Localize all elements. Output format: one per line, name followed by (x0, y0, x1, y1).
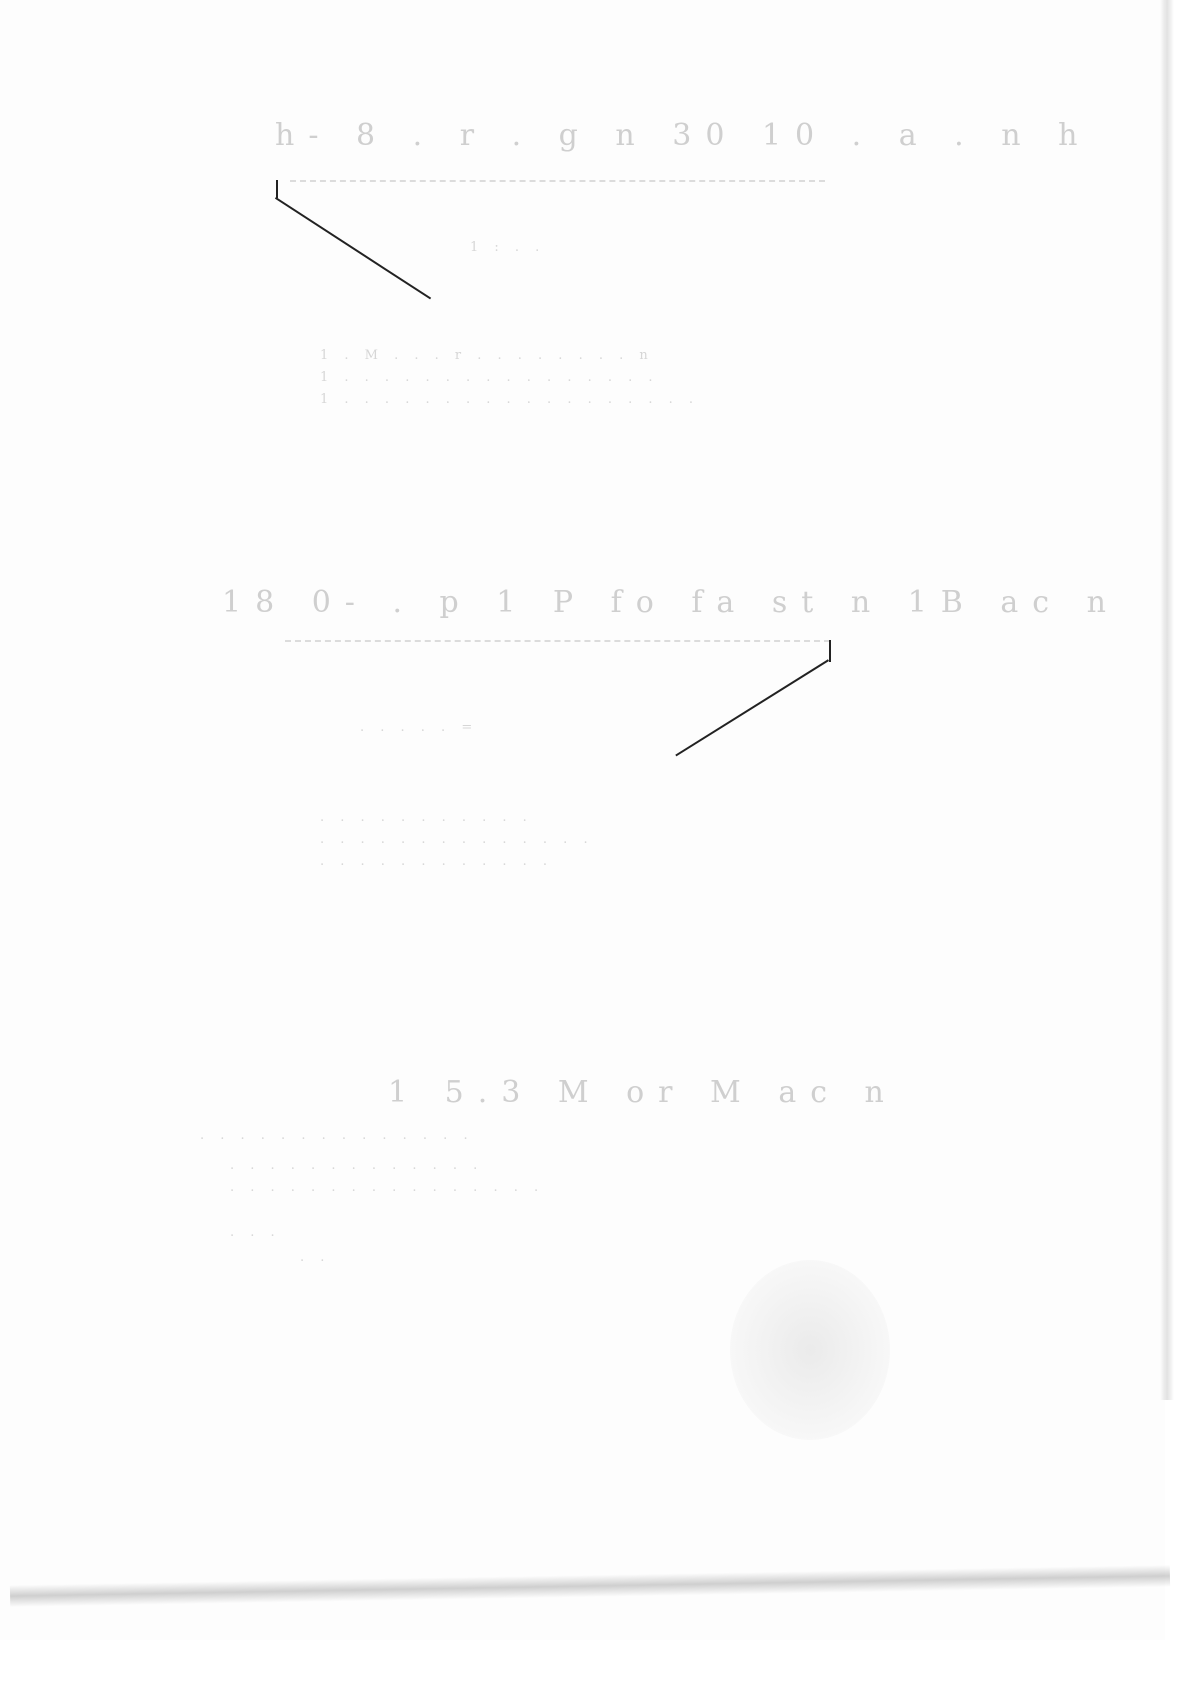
lead-line (275, 197, 431, 299)
section-2-heading: 18 0- . p 1 P fo fa st n 1B ac n (222, 585, 1120, 620)
section-2-line: . . . . . . . . . . . (320, 810, 533, 825)
scan-smudge (730, 1260, 890, 1440)
section-3-line: . . . . . . . . . . . . . . (200, 1128, 474, 1143)
section-3-heading: 1 5.3 M or M ac n (388, 1075, 898, 1110)
section-2-line: . . . . . . . . . . . . (320, 854, 553, 869)
lead-line (675, 659, 829, 756)
section-1-line: 1 . M . . . r . . . . . . . . n (320, 348, 654, 363)
section-3-line: . . (300, 1250, 330, 1265)
section-1-line: 1 . . . . . . . . . . . . . . . . (320, 370, 659, 385)
section-2-line: . . . . . . . . . . . . . . (320, 832, 594, 847)
section-1-line: 1 . . . . . . . . . . . . . . . . . . (320, 392, 699, 407)
scanned-page: h- 8 . r . g n 30 10 . a . n h 1 : . . 1… (0, 0, 1165, 1640)
section-2-rule (285, 640, 830, 644)
section-3-line: . . . . . . . . . . . . . . . . (230, 1180, 544, 1195)
section-1-heading: h- 8 . r . g n 30 10 . a . n h (275, 118, 1091, 153)
section-3-line: . . . . . . . . . . . . . (230, 1158, 483, 1173)
section-1-line: 1 : . . (470, 240, 545, 255)
section-2-line: . . . . . = (360, 720, 478, 735)
section-3-line: . . . (230, 1225, 281, 1240)
page-edge-shadow (1160, 0, 1174, 1400)
section-1-rule (290, 180, 825, 184)
lead-line-tick (276, 180, 278, 198)
torn-bottom-edge (10, 1565, 1170, 1607)
lead-line-tick (829, 640, 831, 662)
